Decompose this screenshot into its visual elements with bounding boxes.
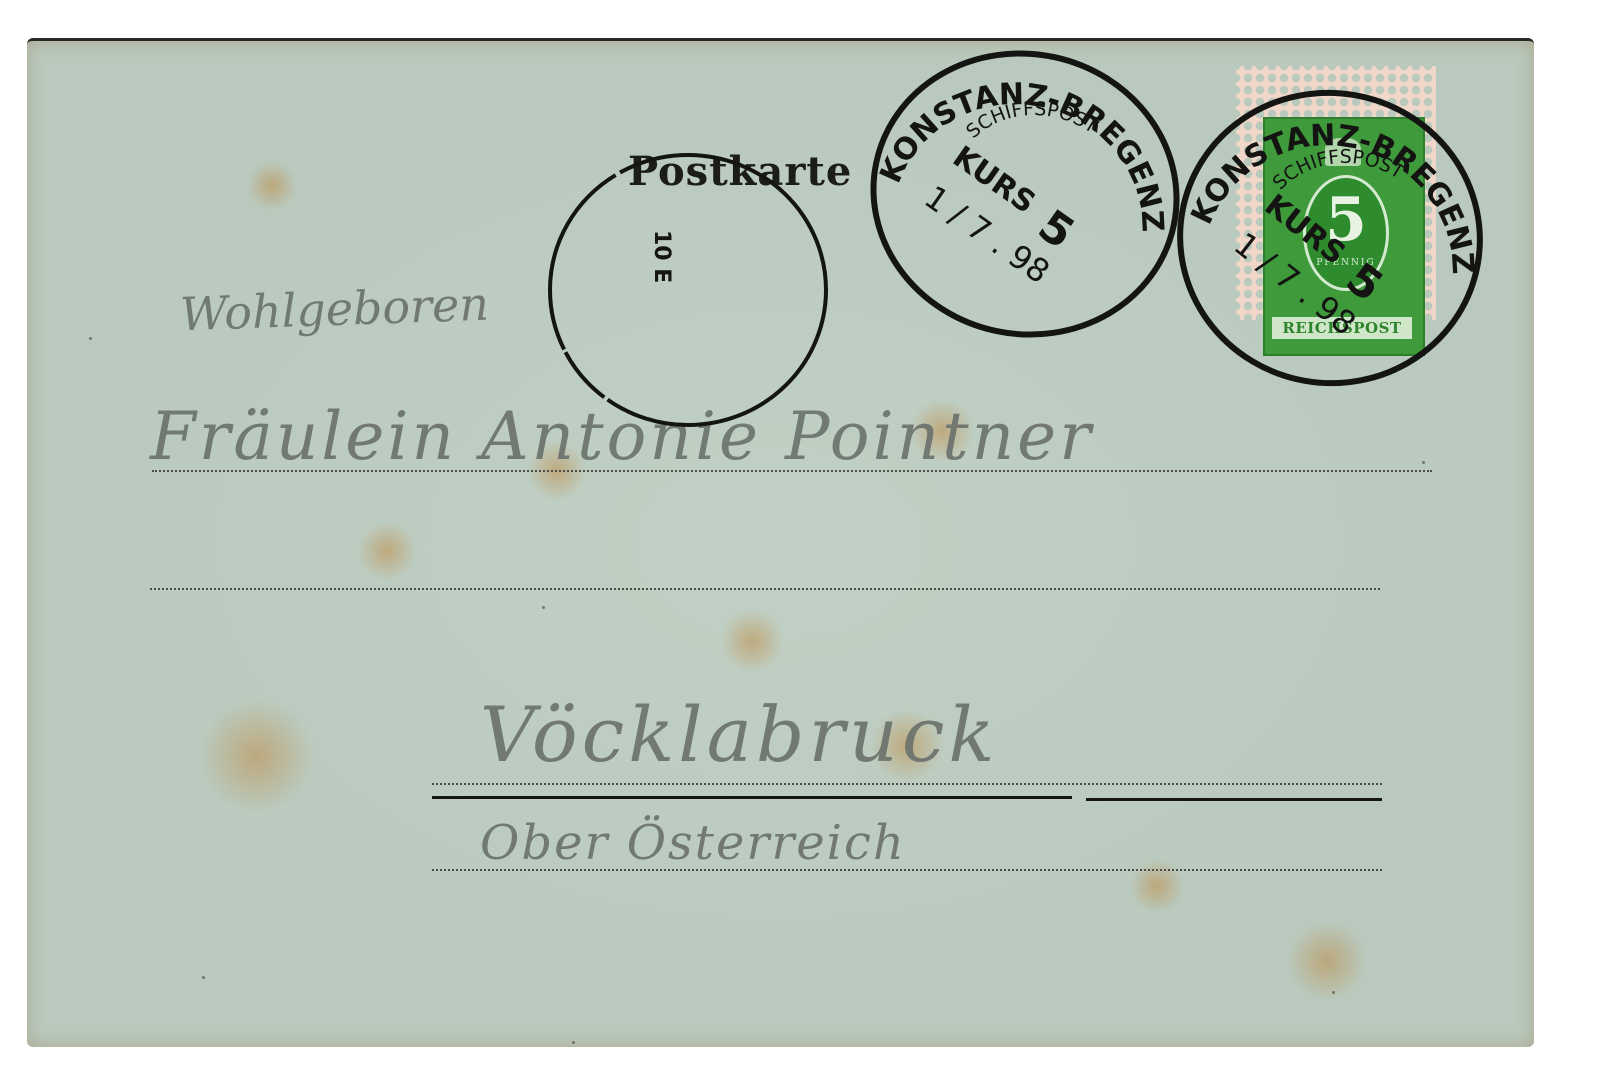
stain — [1287, 921, 1367, 1001]
city-underline — [432, 796, 1072, 799]
stain — [357, 521, 417, 581]
postmark-outer-text: KONSTANZ-BREGENZ — [872, 46, 1190, 253]
svg-text:KONSTANZ-BREGENZ: KONSTANZ-BREGENZ — [1183, 86, 1500, 294]
handwritten-salutation: Wohlgeboren — [179, 277, 490, 342]
postmark-arrival: 10 E — [545, 150, 835, 435]
postmark-arrival-fragment: 10 E — [649, 230, 674, 283]
svg-text:KONSTANZ-BREGENZ: KONSTANZ-BREGENZ — [872, 46, 1190, 253]
address-line-2 — [150, 588, 1380, 590]
stain — [197, 701, 317, 811]
stain — [247, 161, 297, 211]
postmark-konstanz-bregenz: KONSTANZ-BREGENZ SCHIFFSPOST KURS 1 / 7 … — [860, 46, 1190, 346]
handwritten-city: Vöcklabruck — [480, 690, 998, 779]
city-underline-2 — [1086, 798, 1382, 801]
address-line-3 — [432, 783, 1382, 785]
postmark-on-stamp-outer-text: KONSTANZ-BREGENZ — [1183, 86, 1500, 294]
handwritten-region: Ober Österreich — [480, 815, 906, 871]
stain — [717, 611, 787, 671]
postmark-on-stamp: KONSTANZ-BREGENZ SCHIFFSPOST KURS 1 / 7 … — [1170, 86, 1500, 406]
